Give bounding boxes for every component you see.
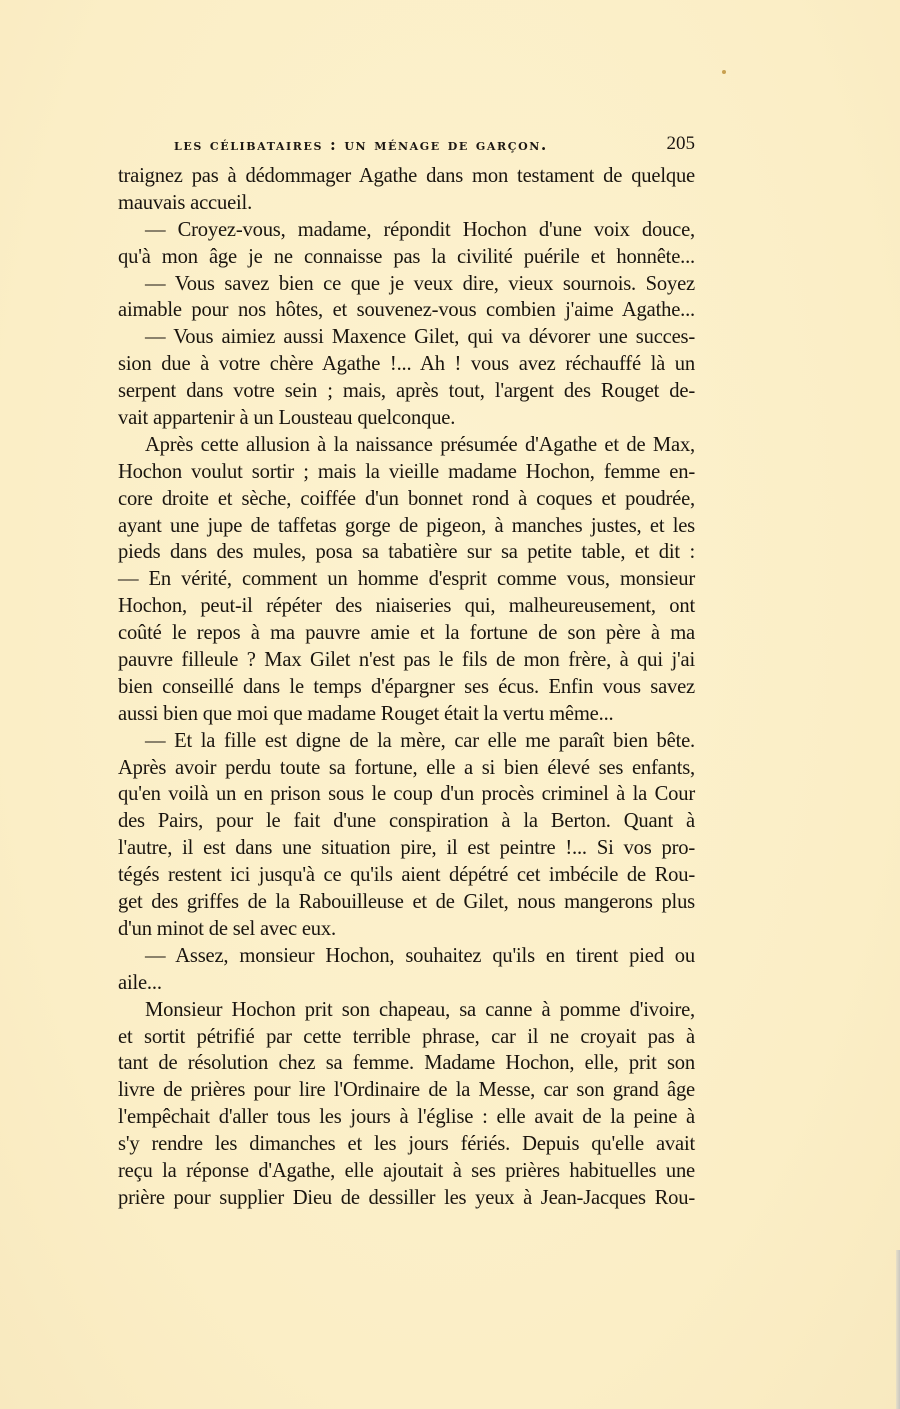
text-line: traignez pas à dédommager Agathe dans mo… — [118, 163, 695, 190]
text-line: qu'à mon âge je ne connaisse pas la civi… — [118, 244, 695, 271]
running-title: les célibataires : un ménage de garçon. — [174, 135, 548, 154]
text-line: des Pairs, pour le fait d'une conspirati… — [118, 808, 695, 835]
text-line: serpent dans votre sein ; mais, après to… — [118, 378, 695, 405]
text-line: pieds dans des mules, posa sa tabatière … — [118, 539, 695, 566]
text-line: — Assez, monsieur Hochon, souhaitez qu'i… — [118, 943, 695, 970]
text-line: d'un minot de sel avec eux. — [118, 916, 695, 943]
text-line: Hochon voulut sortir ; mais la vieille m… — [118, 459, 695, 486]
page-edge — [896, 1250, 900, 1409]
text-line: livre de prières pour lire l'Ordinaire d… — [118, 1077, 695, 1104]
text-line: — En vérité, comment un homme d'esprit c… — [118, 566, 695, 593]
text-line: — Vous aimiez aussi Maxence Gilet, qui v… — [118, 324, 695, 351]
page-number: 205 — [667, 133, 696, 155]
text-line: bien conseillé dans le temps d'épargner … — [118, 674, 695, 701]
text-line: aussi bien que moi que madame Rouget éta… — [118, 701, 695, 728]
text-line: vait appartenir à un Lousteau quelconque… — [118, 405, 695, 432]
text-line: sion due à votre chère Agathe !... Ah ! … — [118, 351, 695, 378]
text-line: qu'en voilà un en prison sous le coup d'… — [118, 781, 695, 808]
text-line: coûté le repos à ma pauvre amie et la fo… — [118, 620, 695, 647]
text-line: tant de résolution chez sa femme. Madame… — [118, 1050, 695, 1077]
text-line: prière pour supplier Dieu de dessiller l… — [118, 1185, 695, 1212]
text-line: l'autre, il est dans une situation pire,… — [118, 835, 695, 862]
text-line: aile... — [118, 970, 695, 997]
text-line: mauvais accueil. — [118, 190, 695, 217]
text-line: l'empêchait d'aller tous les jours à l'é… — [118, 1104, 695, 1131]
body-text: traignez pas à dédommager Agathe dans mo… — [118, 163, 695, 1212]
paper-speck — [722, 70, 726, 74]
text-line: aimable pour nos hôtes, et souvenez-vous… — [118, 297, 695, 324]
text-line: tégés restent ici jusqu'à ce qu'ils aien… — [118, 862, 695, 889]
text-line: core droite et sèche, coiffée d'un bonne… — [118, 486, 695, 513]
text-line: s'y rendre les dimanches et les jours fé… — [118, 1131, 695, 1158]
text-line: reçu la réponse d'Agathe, elle ajoutait … — [118, 1158, 695, 1185]
text-line: — Croyez-vous, madame, répondit Hochon d… — [118, 217, 695, 244]
text-line: Hochon, peut-il répéter des niaiseries q… — [118, 593, 695, 620]
text-line: pauvre filleule ? Max Gilet n'est pas le… — [118, 647, 695, 674]
text-line: — Vous savez bien ce que je veux dire, v… — [118, 271, 695, 298]
text-line: Après avoir perdu toute sa fortune, elle… — [118, 755, 695, 782]
text-line: et sortit pétrifié par cette terrible ph… — [118, 1024, 695, 1051]
book-page: les célibataires : un ménage de garçon. … — [0, 0, 900, 1409]
text-line: get des griffes de la Rabouilleuse et de… — [118, 889, 695, 916]
text-line: Après cette allusion à la naissance prés… — [118, 432, 695, 459]
text-line: ayant une jupe de taffetas gorge de pige… — [118, 513, 695, 540]
text-line: Monsieur Hochon prit son chapeau, sa can… — [118, 997, 695, 1024]
text-line: — Et la fille est digne de la mère, car … — [118, 728, 695, 755]
page-header: les célibataires : un ménage de garçon. … — [118, 133, 695, 159]
